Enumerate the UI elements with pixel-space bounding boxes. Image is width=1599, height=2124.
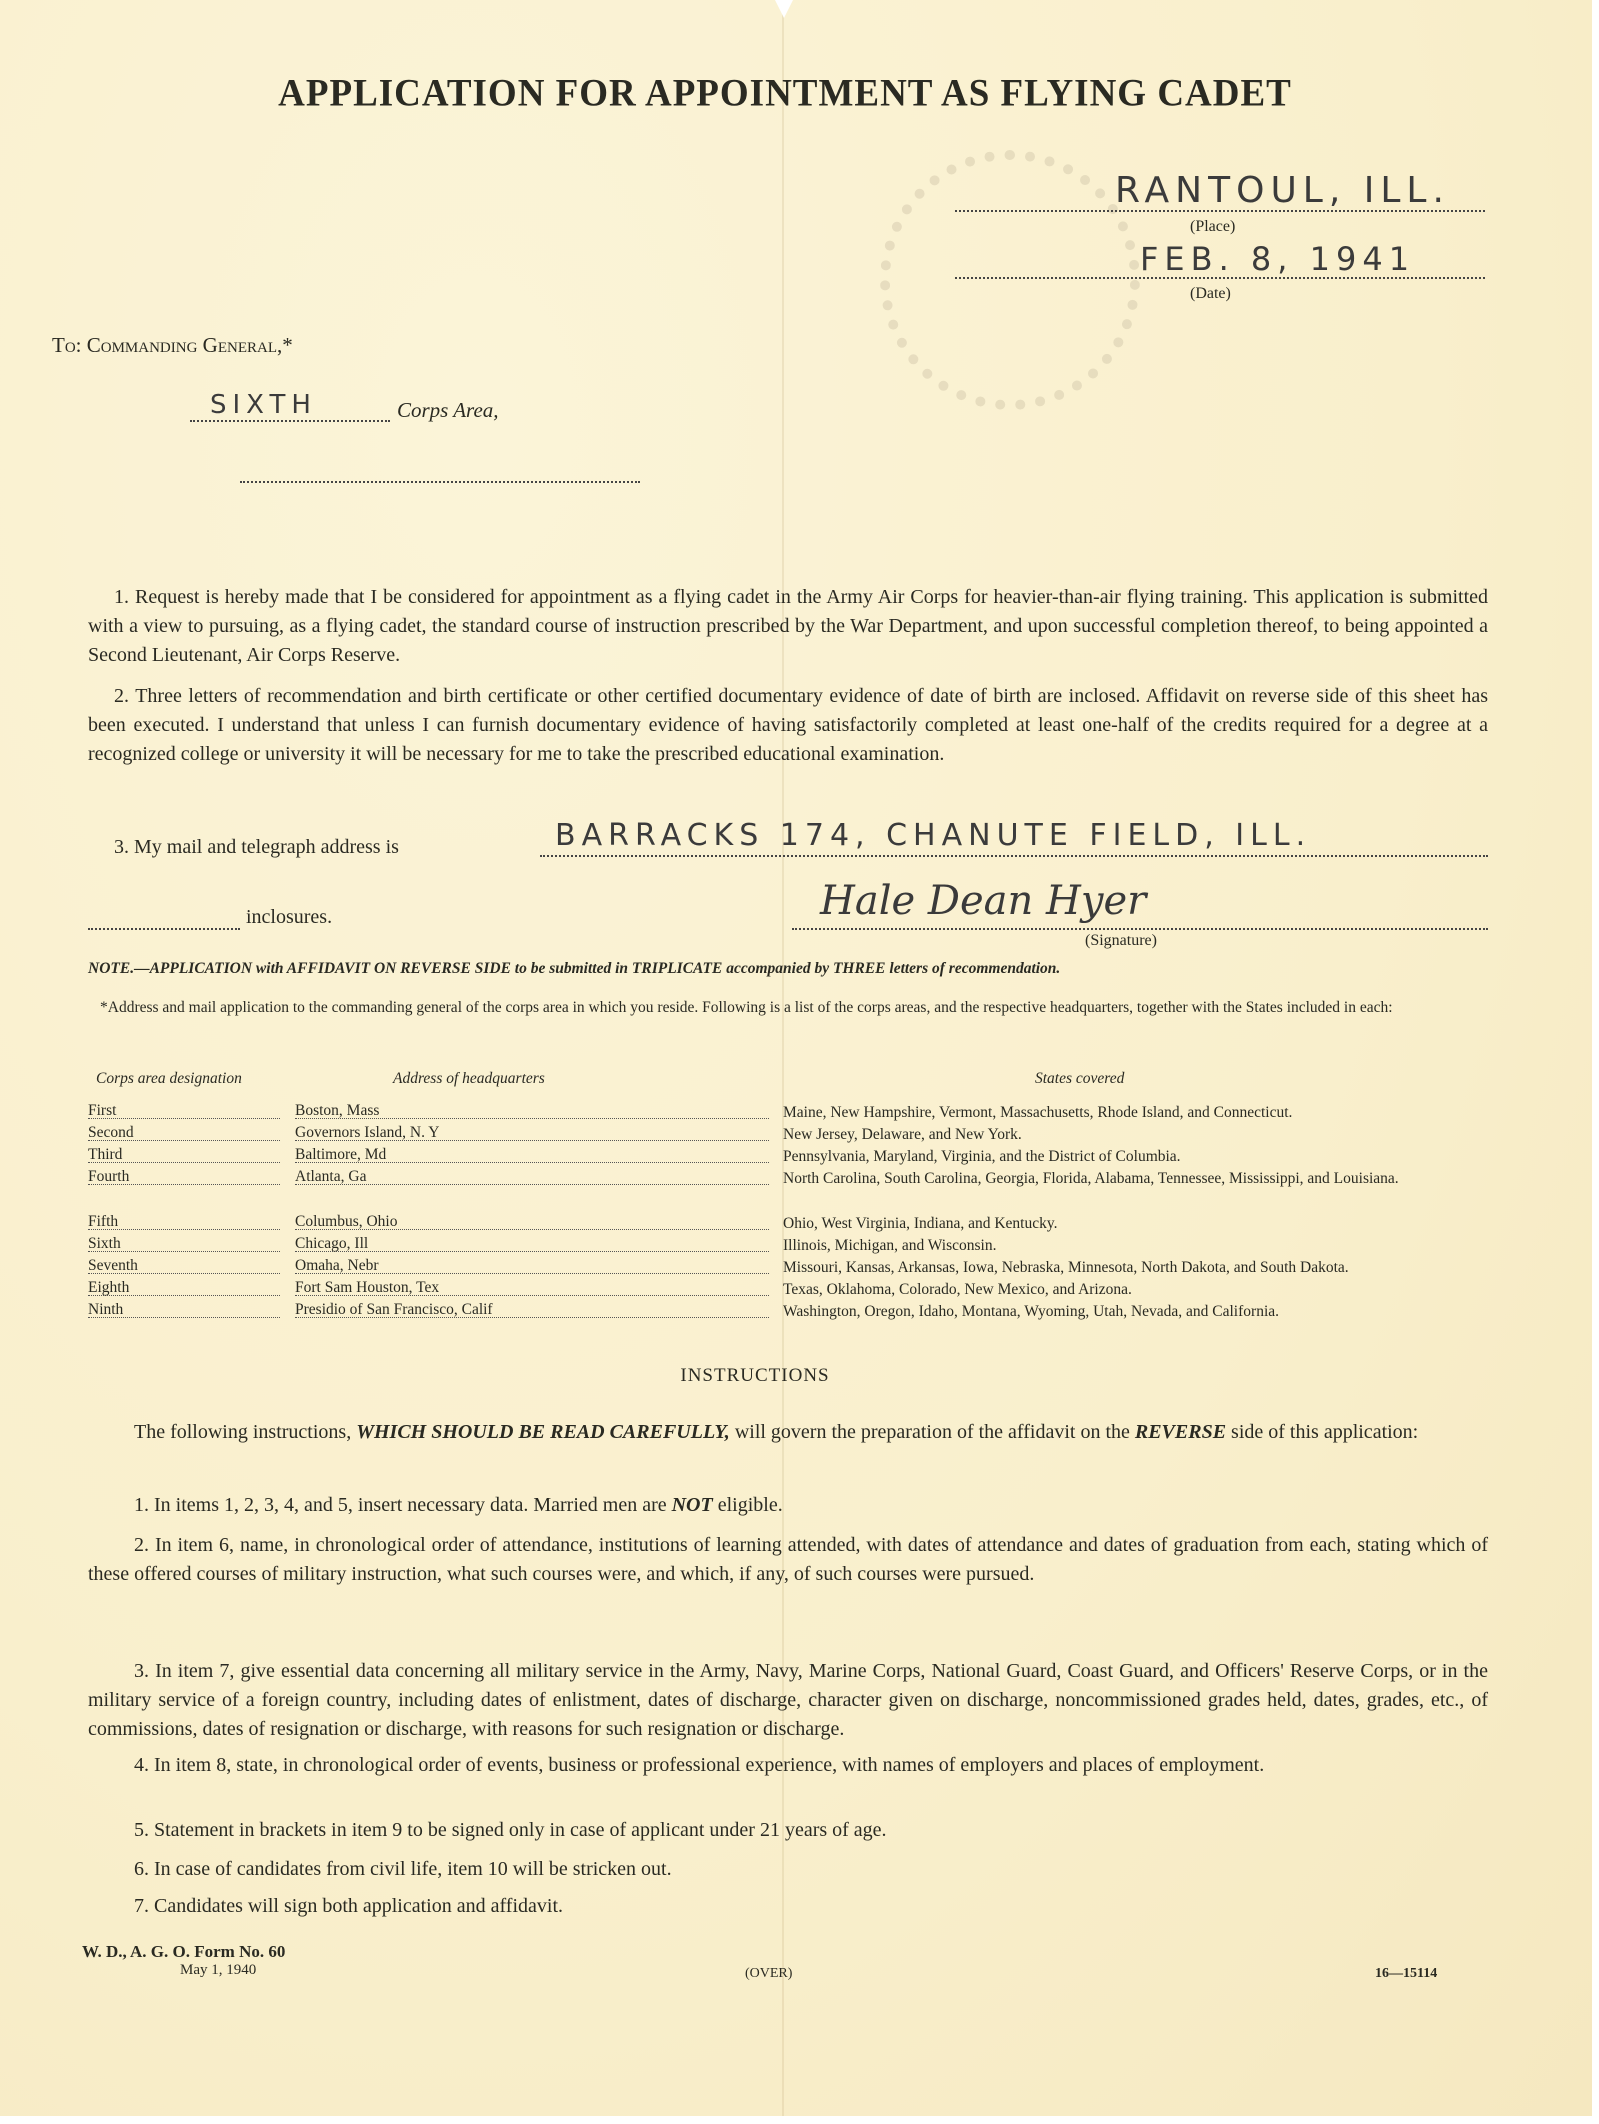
corps-area-name: Second <box>88 1124 134 1141</box>
states-cell: New Jersey, Delaware, and New York. <box>783 1124 1488 1146</box>
blank-line <box>240 481 640 483</box>
place-label: (Place) <box>1190 218 1235 236</box>
corps-area-name: First <box>88 1102 116 1119</box>
instructions-heading: INSTRUCTIONS <box>0 1365 1510 1387</box>
table-header-area: Corps area designation <box>96 1070 242 1088</box>
corps-area-line <box>190 420 390 422</box>
over-marker: (OVER) <box>745 1966 792 1982</box>
corps-area-cell: First <box>88 1102 280 1119</box>
corps-area-name: Fifth <box>88 1213 118 1230</box>
corps-area-name: Ninth <box>88 1301 123 1318</box>
corps-area-cell: Fourth <box>88 1168 280 1185</box>
instructions-intro: The following instructions, WHICH SHOULD… <box>88 1418 1488 1447</box>
corps-area-cell: Sixth <box>88 1235 280 1252</box>
states-cell: Maine, New Hampshire, Vermont, Massachus… <box>783 1102 1488 1124</box>
instruction-item-3: 3. In item 7, give essential data concer… <box>88 1657 1488 1744</box>
paper-tear <box>775 0 793 18</box>
corps-area-cell: Fifth <box>88 1213 280 1230</box>
embossed-seal <box>880 150 1140 410</box>
corps-area-name: Eighth <box>88 1279 129 1296</box>
table-header-states: States covered <box>1035 1070 1124 1088</box>
states-cell: Ohio, West Virginia, Indiana, and Kentuc… <box>783 1213 1488 1235</box>
headquarters-cell: Atlanta, Ga <box>295 1168 769 1185</box>
headquarters-address: Baltimore, Md <box>295 1146 386 1163</box>
states-cell: Missouri, Kansas, Arkansas, Iowa, Nebras… <box>783 1257 1488 1279</box>
instruction-item-4: 4. In item 8, state, in chronological or… <box>88 1751 1488 1780</box>
signature-value[interactable]: Hale Dean Hyer <box>820 878 1146 924</box>
headquarters-cell: Baltimore, Md <box>295 1146 769 1163</box>
form-number: W. D., A. G. O. Form No. 60 <box>82 1942 285 1962</box>
headquarters-address: Governors Island, N. Y <box>295 1124 440 1141</box>
states-cell: Illinois, Michigan, and Wisconsin. <box>783 1235 1488 1257</box>
item-1-text: 1. In items 1, 2, 3, 4, and 5, insert ne… <box>134 1494 672 1516</box>
table-row: SecondGovernors Island, N. YNew Jersey, … <box>88 1124 1488 1146</box>
headquarters-address: Presidio of San Francisco, Calif <box>295 1301 493 1318</box>
note: NOTE.—APPLICATION with AFFIDAVIT ON REVE… <box>88 960 1060 978</box>
table-row: EighthFort Sam Houston, TexTexas, Oklaho… <box>88 1279 1488 1301</box>
states-cell: North Carolina, South Carolina, Georgia,… <box>783 1168 1488 1190</box>
headquarters-address: Fort Sam Houston, Tex <box>295 1279 439 1296</box>
page-title: APPLICATION FOR APPOINTMENT AS FLYING CA… <box>0 71 1570 116</box>
corps-area-value[interactable]: SIXTH <box>210 390 317 420</box>
headquarters-address: Columbus, Ohio <box>295 1213 397 1230</box>
table-row: SeventhOmaha, NebrMissouri, Kansas, Arka… <box>88 1257 1488 1279</box>
instruction-item-2: 2. In item 6, name, in chronological ord… <box>88 1531 1488 1589</box>
address-label: 3. My mail and telegraph address is <box>114 836 399 859</box>
inclosures-count-line <box>88 928 240 930</box>
intro-text-post: side of this application: <box>1226 1421 1418 1443</box>
form-date: May 1, 1940 <box>180 1962 256 1979</box>
instruction-item-6: 6. In case of candidates from civil life… <box>88 1855 1488 1884</box>
headquarters-address: Boston, Mass <box>295 1102 379 1119</box>
intro-text: The following instructions, <box>134 1421 356 1443</box>
table-header-hq: Address of headquarters <box>393 1070 545 1088</box>
states-cell: Texas, Oklahoma, Colorado, New Mexico, a… <box>783 1279 1488 1301</box>
states-cell: Washington, Oregon, Idaho, Montana, Wyom… <box>783 1301 1488 1323</box>
intro-text-mid: will govern the preparation of the affid… <box>730 1421 1135 1443</box>
corps-area-cell: Seventh <box>88 1257 280 1274</box>
signature-line <box>792 928 1488 930</box>
table-row: FourthAtlanta, GaNorth Carolina, South C… <box>88 1168 1488 1190</box>
item-1-text-post: eligible. <box>713 1494 783 1516</box>
paragraph-2: 2. Three letters of recommendation and b… <box>88 682 1488 769</box>
table-row: FirstBoston, MassMaine, New Hampshire, V… <box>88 1102 1488 1124</box>
to-commanding-general: To: Commanding General,* <box>52 333 293 358</box>
footnote: *Address and mail application to the com… <box>88 996 1488 1020</box>
table-row: ThirdBaltimore, MdPennsylvania, Maryland… <box>88 1146 1488 1168</box>
instruction-item-5: 5. Statement in brackets in item 9 to be… <box>88 1816 1488 1845</box>
headquarters-cell: Boston, Mass <box>295 1102 769 1119</box>
document-page: APPLICATION FOR APPOINTMENT AS FLYING CA… <box>0 0 1592 2116</box>
inclosures-label: inclosures. <box>246 906 332 929</box>
states-cell: Pennsylvania, Maryland, Virginia, and th… <box>783 1146 1488 1168</box>
table-row: SixthChicago, IllIllinois, Michigan, and… <box>88 1235 1488 1257</box>
corps-area-cell: Ninth <box>88 1301 280 1318</box>
corps-area-cell: Third <box>88 1146 280 1163</box>
headquarters-cell: Fort Sam Houston, Tex <box>295 1279 769 1296</box>
corps-area-name: Third <box>88 1146 122 1163</box>
headquarters-cell: Columbus, Ohio <box>295 1213 769 1230</box>
table-row: FifthColumbus, OhioOhio, West Virginia, … <box>88 1213 1488 1235</box>
instruction-item-7: 7. Candidates will sign both application… <box>88 1892 1488 1921</box>
corps-area-name: Fourth <box>88 1168 129 1185</box>
item-1-emphasis: NOT <box>672 1494 713 1516</box>
signature-label: (Signature) <box>1085 932 1157 950</box>
intro-emphasis-reverse: REVERSE <box>1135 1421 1226 1443</box>
corps-area-name: Seventh <box>88 1257 138 1274</box>
headquarters-address: Atlanta, Ga <box>295 1168 366 1185</box>
table-row: NinthPresidio of San Francisco, CalifWas… <box>88 1301 1488 1323</box>
headquarters-cell: Governors Island, N. Y <box>295 1124 769 1141</box>
headquarters-cell: Presidio of San Francisco, Calif <box>295 1301 769 1318</box>
headquarters-cell: Chicago, Ill <box>295 1235 769 1252</box>
paragraph-1: 1. Request is hereby made that I be cons… <box>88 583 1488 670</box>
date-label: (Date) <box>1190 285 1231 303</box>
fold-crease <box>782 0 784 2116</box>
headquarters-cell: Omaha, Nebr <box>295 1257 769 1274</box>
corps-area-name: Sixth <box>88 1235 121 1252</box>
intro-emphasis: WHICH SHOULD BE READ CAREFULLY, <box>356 1421 730 1443</box>
address-line <box>540 855 1488 857</box>
address-value[interactable]: BARRACKS 174, CHANUTE FIELD, ILL. <box>555 818 1311 853</box>
headquarters-address: Omaha, Nebr <box>295 1257 379 1274</box>
date-value[interactable]: FEB. 8, 1941 <box>1140 240 1415 278</box>
corps-area-cell: Second <box>88 1124 280 1141</box>
headquarters-address: Chicago, Ill <box>295 1235 368 1252</box>
corps-area-label: Corps Area, <box>397 398 499 423</box>
place-value[interactable]: RANTOUL, ILL. <box>1115 170 1450 211</box>
print-code: 16—15114 <box>1375 1966 1437 1982</box>
corps-area-cell: Eighth <box>88 1279 280 1296</box>
instruction-item-1: 1. In items 1, 2, 3, 4, and 5, insert ne… <box>88 1491 1488 1520</box>
